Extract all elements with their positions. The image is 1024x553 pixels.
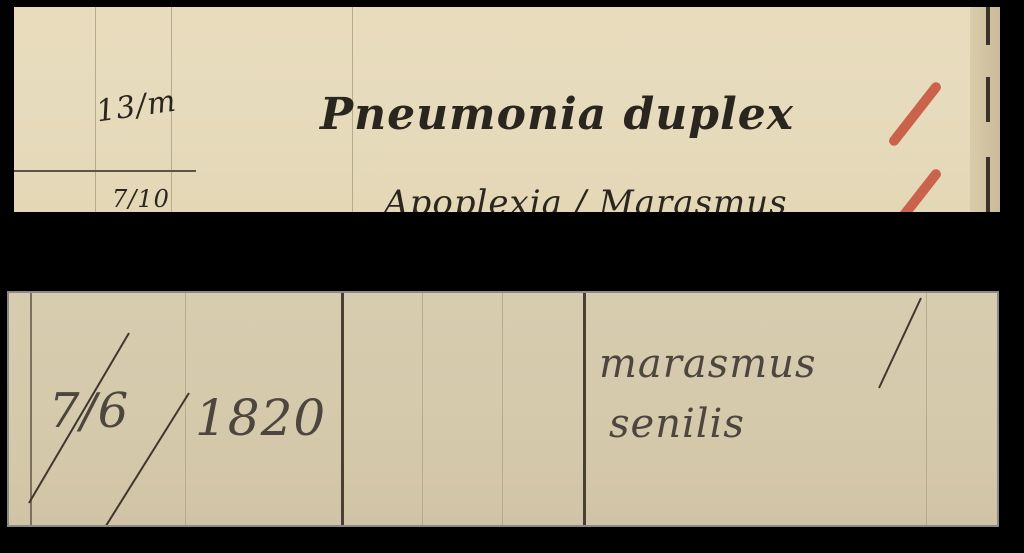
bottom-ledger-excerpt: 7/6 1820 marasmus senilis	[7, 291, 999, 527]
cause-of-death: Pneumonia duplex	[320, 89, 794, 140]
row-rule	[14, 170, 196, 172]
next-cause-partial: Apoplexia / Marasmus	[384, 183, 788, 212]
red-check-mark	[887, 80, 943, 148]
red-check-mark	[887, 167, 943, 212]
next-entry-number: 7/10	[112, 185, 170, 212]
pen-strokes	[9, 293, 999, 527]
page-binding-edge	[970, 7, 1000, 212]
top-ledger-excerpt: 13/m 7/10 Pneumonia duplex Apoplexia / M…	[14, 7, 1000, 212]
entry-number: 13/m	[94, 84, 179, 130]
